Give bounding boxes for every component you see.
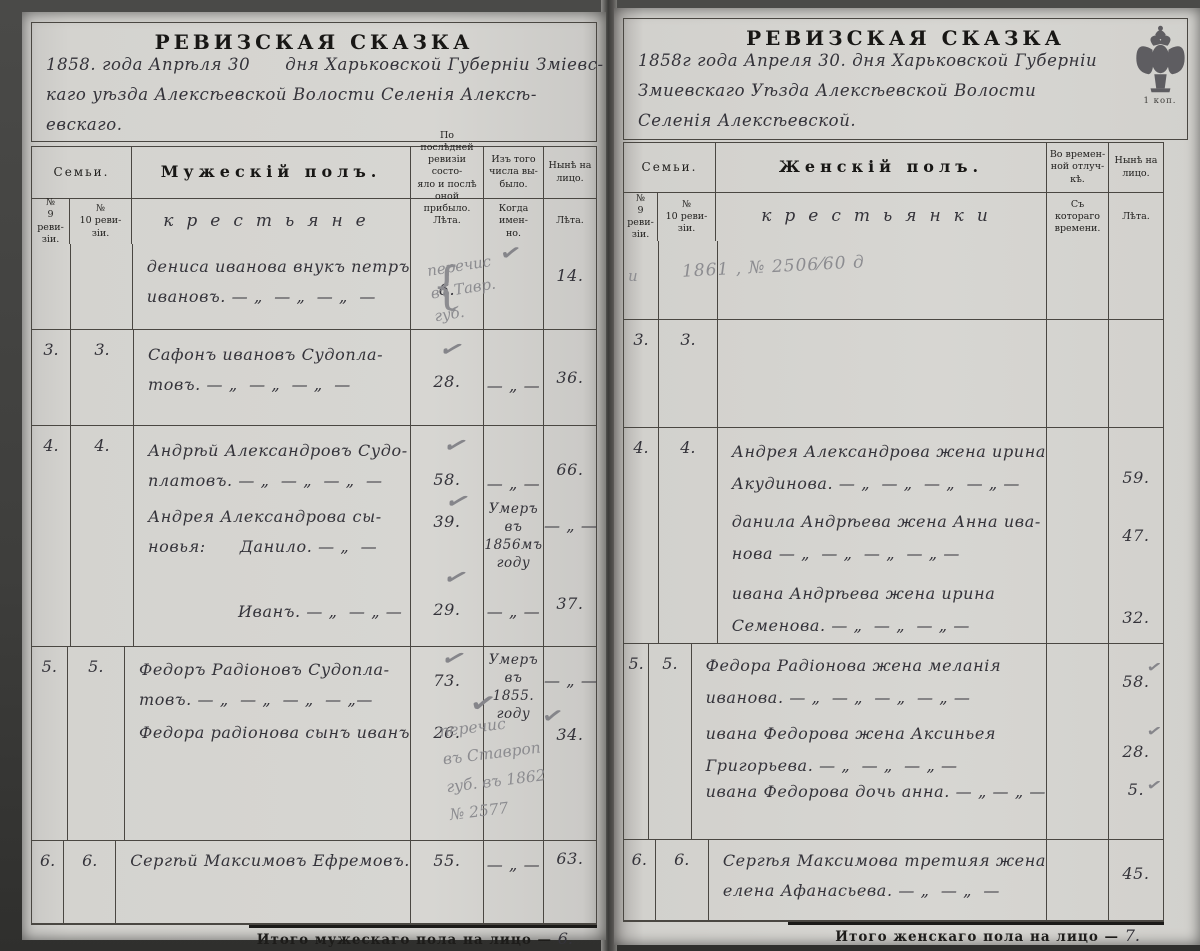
cell-rev10: 4. — [71, 426, 134, 646]
right-page-title: РЕВИЗСКАЯ СКАЗКА — [624, 19, 1187, 50]
cell-rev9 — [32, 244, 71, 329]
cell-names: Федора Радіонова жена меланіяиванова. — … — [692, 644, 1047, 714]
right-table-header: Семьи. Женскій полъ. Во времен- ной отлу… — [624, 143, 1163, 241]
right-page: 1 коп. РЕВИЗСКАЯ СКАЗКА 1858г года Апрел… — [614, 8, 1200, 945]
family-row-4: 4. 4. Андрѣй Александровъ Судо-платовъ. … — [32, 426, 596, 647]
right-intro-line-1: 1858г года Апреля 30. дня Харьковской Гу… — [638, 51, 1097, 70]
cell-age-now: 32. — [1109, 568, 1163, 643]
cell-names: Федора радіонова сынъ иванъ — [125, 711, 411, 840]
cell-since-when — [1047, 712, 1109, 782]
cell-names — [718, 241, 1047, 319]
header-rev10: № 10 реви- зіи. — [658, 193, 716, 241]
cell-names: ивана Федорова жена АксиньеяГригорьева. … — [692, 712, 1047, 782]
header-estate-peasant-women: крестьянки — [716, 193, 1047, 241]
pencil-checkmark-icon: ✓ — [439, 643, 465, 671]
left-intro-line-2: каго уѣзда Алексѣевской Волости Селенія … — [46, 85, 537, 104]
left-page: РЕВИЗСКАЯ СКАЗКА 1858. года Апрѣля 30 дн… — [22, 12, 606, 940]
cell-rev10: 4. — [659, 428, 718, 643]
cell-age-previous: ✓29. — [411, 586, 484, 646]
cell-age-now: 47. — [1109, 498, 1163, 570]
cell-age-now: 28. — [1109, 712, 1163, 782]
cell-when-departed: — „ — — [484, 426, 544, 498]
header-families: Семьи. — [624, 143, 716, 193]
header-when-exactly: Когда имен- но. — [484, 199, 544, 244]
cell-since-when — [1047, 428, 1109, 500]
header-now-present: Нынѣ на лицо. — [1109, 143, 1163, 193]
footer-total-female: Итого женскаго пола на лицо — 7. — [835, 926, 1140, 945]
cell-rev9: 5. — [32, 647, 68, 840]
header-estate-peasants: крестьяне — [132, 199, 411, 244]
cell-names — [718, 320, 1047, 427]
cell-age-now: — „ — — [544, 498, 596, 586]
cell-rev9: 3. — [32, 330, 71, 425]
cell-names: Андрея Александрова сы-новья: Данило. — … — [134, 498, 411, 586]
cell-rev10: 6. — [64, 841, 116, 923]
cell-rev10: 5. — [68, 647, 125, 840]
header-departed: Изъ того числа вы- было. — [484, 147, 544, 199]
pencil-checkmark-icon: ✓ — [441, 430, 467, 458]
family-row-3: 3. 3. Сафонъ ивановъ Судопла-товъ. — „ —… — [32, 330, 596, 426]
family-row-5: 5. 5. Федоръ Радіоновъ Судопла-товъ. — „… — [32, 647, 596, 841]
cell-since-when — [1047, 774, 1109, 839]
cell-age-now: 34. — [544, 711, 596, 840]
cell-age-now — [1109, 320, 1163, 427]
cell-age-now: 37. — [544, 586, 596, 646]
family-row-continuation: дениса иванова внукъ петръивановъ. — „ —… — [32, 244, 596, 330]
cell-when-departed: Умеръ въ 1856мъ году — [484, 498, 544, 586]
cell-since-when — [1047, 320, 1109, 427]
cell-since-when — [1047, 498, 1109, 570]
left-intro-line-3: евскаго. — [46, 115, 123, 134]
header-female-sex: Женскій полъ. — [716, 143, 1047, 193]
pencil-brace-icon: { — [432, 255, 461, 314]
right-header-box: РЕВИЗСКАЯ СКАЗКА 1858г года Апреля 30. д… — [623, 18, 1188, 140]
left-revision-table: Семьи. Мужескій полъ. По послѣдней ревиз… — [31, 146, 597, 925]
cell-names: Сергѣй Максимовъ Ефремовъ. — [116, 841, 411, 923]
footer-rule — [249, 925, 597, 928]
cell-when-departed: — „ — — [484, 586, 544, 646]
cell-names: Андрея Александрова жена иринаАкудинова.… — [718, 428, 1047, 500]
left-page-title: РЕВИЗСКАЯ СКАЗКА — [32, 23, 596, 54]
footer-total-male: Итого мужескаго пола на лицо — 6. — [257, 929, 573, 948]
header-rev10: № 10 реви- зіи. — [70, 199, 132, 244]
family-row-continuation: и 1861 , № 2506⁄60 д — [624, 241, 1163, 320]
cell-rev9 — [624, 241, 659, 319]
right-page-footer: Итого женскаго пола на лицо — 7. — [623, 922, 1164, 948]
left-intro-line-1: 1858. года Апрѣля 30 дня Харьковской Губ… — [46, 55, 604, 74]
family-row-6: 6. 6. Сергѣй Максимовъ Ефремовъ. 55. — „… — [32, 841, 596, 924]
cell-names: Сергѣя Максимова третияя женаелена Афана… — [709, 840, 1047, 920]
cell-age-previous: ✓58. — [411, 426, 484, 498]
cell-names: Сафонъ ивановъ Судопла-товъ. — „ — „ — „… — [134, 330, 411, 425]
cell-rev10 — [659, 241, 718, 319]
cell-when-departed: — „ — — [484, 841, 544, 923]
right-revision-table: Семьи. Женскій полъ. Во времен- ной отлу… — [623, 142, 1164, 922]
footer-total-value: 6. — [558, 929, 573, 948]
header-rev9: № 9 реви- зіи. — [32, 199, 70, 244]
cell-age-previous: 55. — [411, 841, 484, 923]
cell-names: ивана Андрѣева жена иринаСеменова. — „ —… — [718, 568, 1047, 643]
cell-since-when — [1047, 644, 1109, 714]
cell-age-now: 59. — [1109, 428, 1163, 500]
cell-age-now — [1109, 241, 1163, 319]
cell-rev9: 3. — [624, 320, 659, 427]
family-row-5: 5. 5. Федора Радіонова жена меланіяивано… — [624, 644, 1163, 840]
left-table-header: Семьи. Мужескій полъ. По послѣдней ревиз… — [32, 147, 596, 244]
cell-rev9: 4. — [624, 428, 659, 643]
cell-rev9: 4. — [32, 426, 71, 646]
scanned-revision-list-spread: РЕВИЗСКАЯ СКАЗКА 1858. года Апрѣля 30 дн… — [0, 0, 1200, 951]
right-intro-line-3: Селенія Алексѣевской. — [638, 111, 856, 130]
header-male-sex: Мужескій полъ. — [132, 147, 411, 199]
cell-age-previous: ✓28. — [411, 330, 484, 425]
cell-since-when — [1047, 568, 1109, 643]
cell-age-now: 5. — [1109, 774, 1163, 839]
cell-names: Иванъ. — „ — „ — — [134, 586, 411, 646]
cell-age-now: 66. — [544, 426, 596, 498]
cell-rev9: 5. — [624, 644, 649, 839]
left-header-box: РЕВИЗСКАЯ СКАЗКА 1858. года Апрѣля 30 дн… — [31, 22, 597, 142]
header-now-present: Нынѣ на лицо. — [544, 147, 596, 199]
cell-names: дениса иванова внукъ петръивановъ. — „ —… — [133, 244, 411, 329]
cell-rev10: 3. — [659, 320, 718, 427]
cell-rev10: 5. — [649, 644, 691, 839]
cell-age-now: 63. — [544, 841, 596, 923]
footer-total-value: 7. — [1125, 926, 1140, 945]
header-prev-revision: По послѣдней ревизіи состо- яло и послѣ … — [411, 147, 484, 199]
header-families: Семьи. — [32, 147, 132, 199]
cell-age-now: 36. — [544, 330, 596, 425]
cell-age-now: 58. — [1109, 644, 1163, 714]
cell-when-departed — [484, 244, 544, 329]
right-intro-line-2: Змиевскаго Уѣзда Алексѣевской Волости — [638, 81, 1036, 100]
cell-age-previous: ✓39. — [411, 498, 484, 586]
left-page-footer: Итого мужескаго пола на лицо — 6. — [31, 925, 597, 951]
cell-rev9: 6. — [624, 840, 656, 920]
cell-names: Андрѣй Александровъ Судо-платовъ. — „ — … — [134, 426, 411, 498]
header-years-now: Лѣта. — [1109, 193, 1163, 241]
cell-age-now: 14. — [544, 244, 596, 329]
cell-rev9: 6. — [32, 841, 64, 923]
footer-rule — [788, 922, 1164, 925]
header-years-prev: Лѣта. — [411, 199, 484, 244]
header-years-now: Лѣта. — [544, 199, 596, 244]
cell-rev10: 6. — [656, 840, 709, 920]
cell-rev10: 3. — [71, 330, 134, 425]
header-temporary-absence: Во времен- ной отлуч- кѣ. — [1047, 143, 1109, 193]
cell-rev10 — [71, 244, 133, 329]
family-row-3: 3. 3. — [624, 320, 1163, 428]
cell-age-previous: 26. — [411, 711, 484, 840]
cell-when-departed: — „ — — [484, 330, 544, 425]
cell-names: данила Андрѣева жена Анна ива-нова — „ —… — [718, 498, 1047, 570]
family-row-4: 4. 4. Андрея Александрова жена иринаАкуд… — [624, 428, 1163, 644]
pencil-checkmark-icon: ✓ — [437, 334, 463, 362]
header-since-when: Съ котораго времени. — [1047, 193, 1109, 241]
cell-since-when — [1047, 241, 1109, 319]
cell-age-now: 45. — [1109, 840, 1163, 920]
cell-since-when — [1047, 840, 1109, 920]
cell-when-departed — [484, 711, 544, 840]
header-rev9: № 9 реви- зіи. — [624, 193, 658, 241]
family-row-6: 6. 6. Сергѣя Максимова третияя женаелена… — [624, 840, 1163, 921]
cell-names: ивана Федорова дочь анна. — „ — „ — — [692, 774, 1047, 839]
